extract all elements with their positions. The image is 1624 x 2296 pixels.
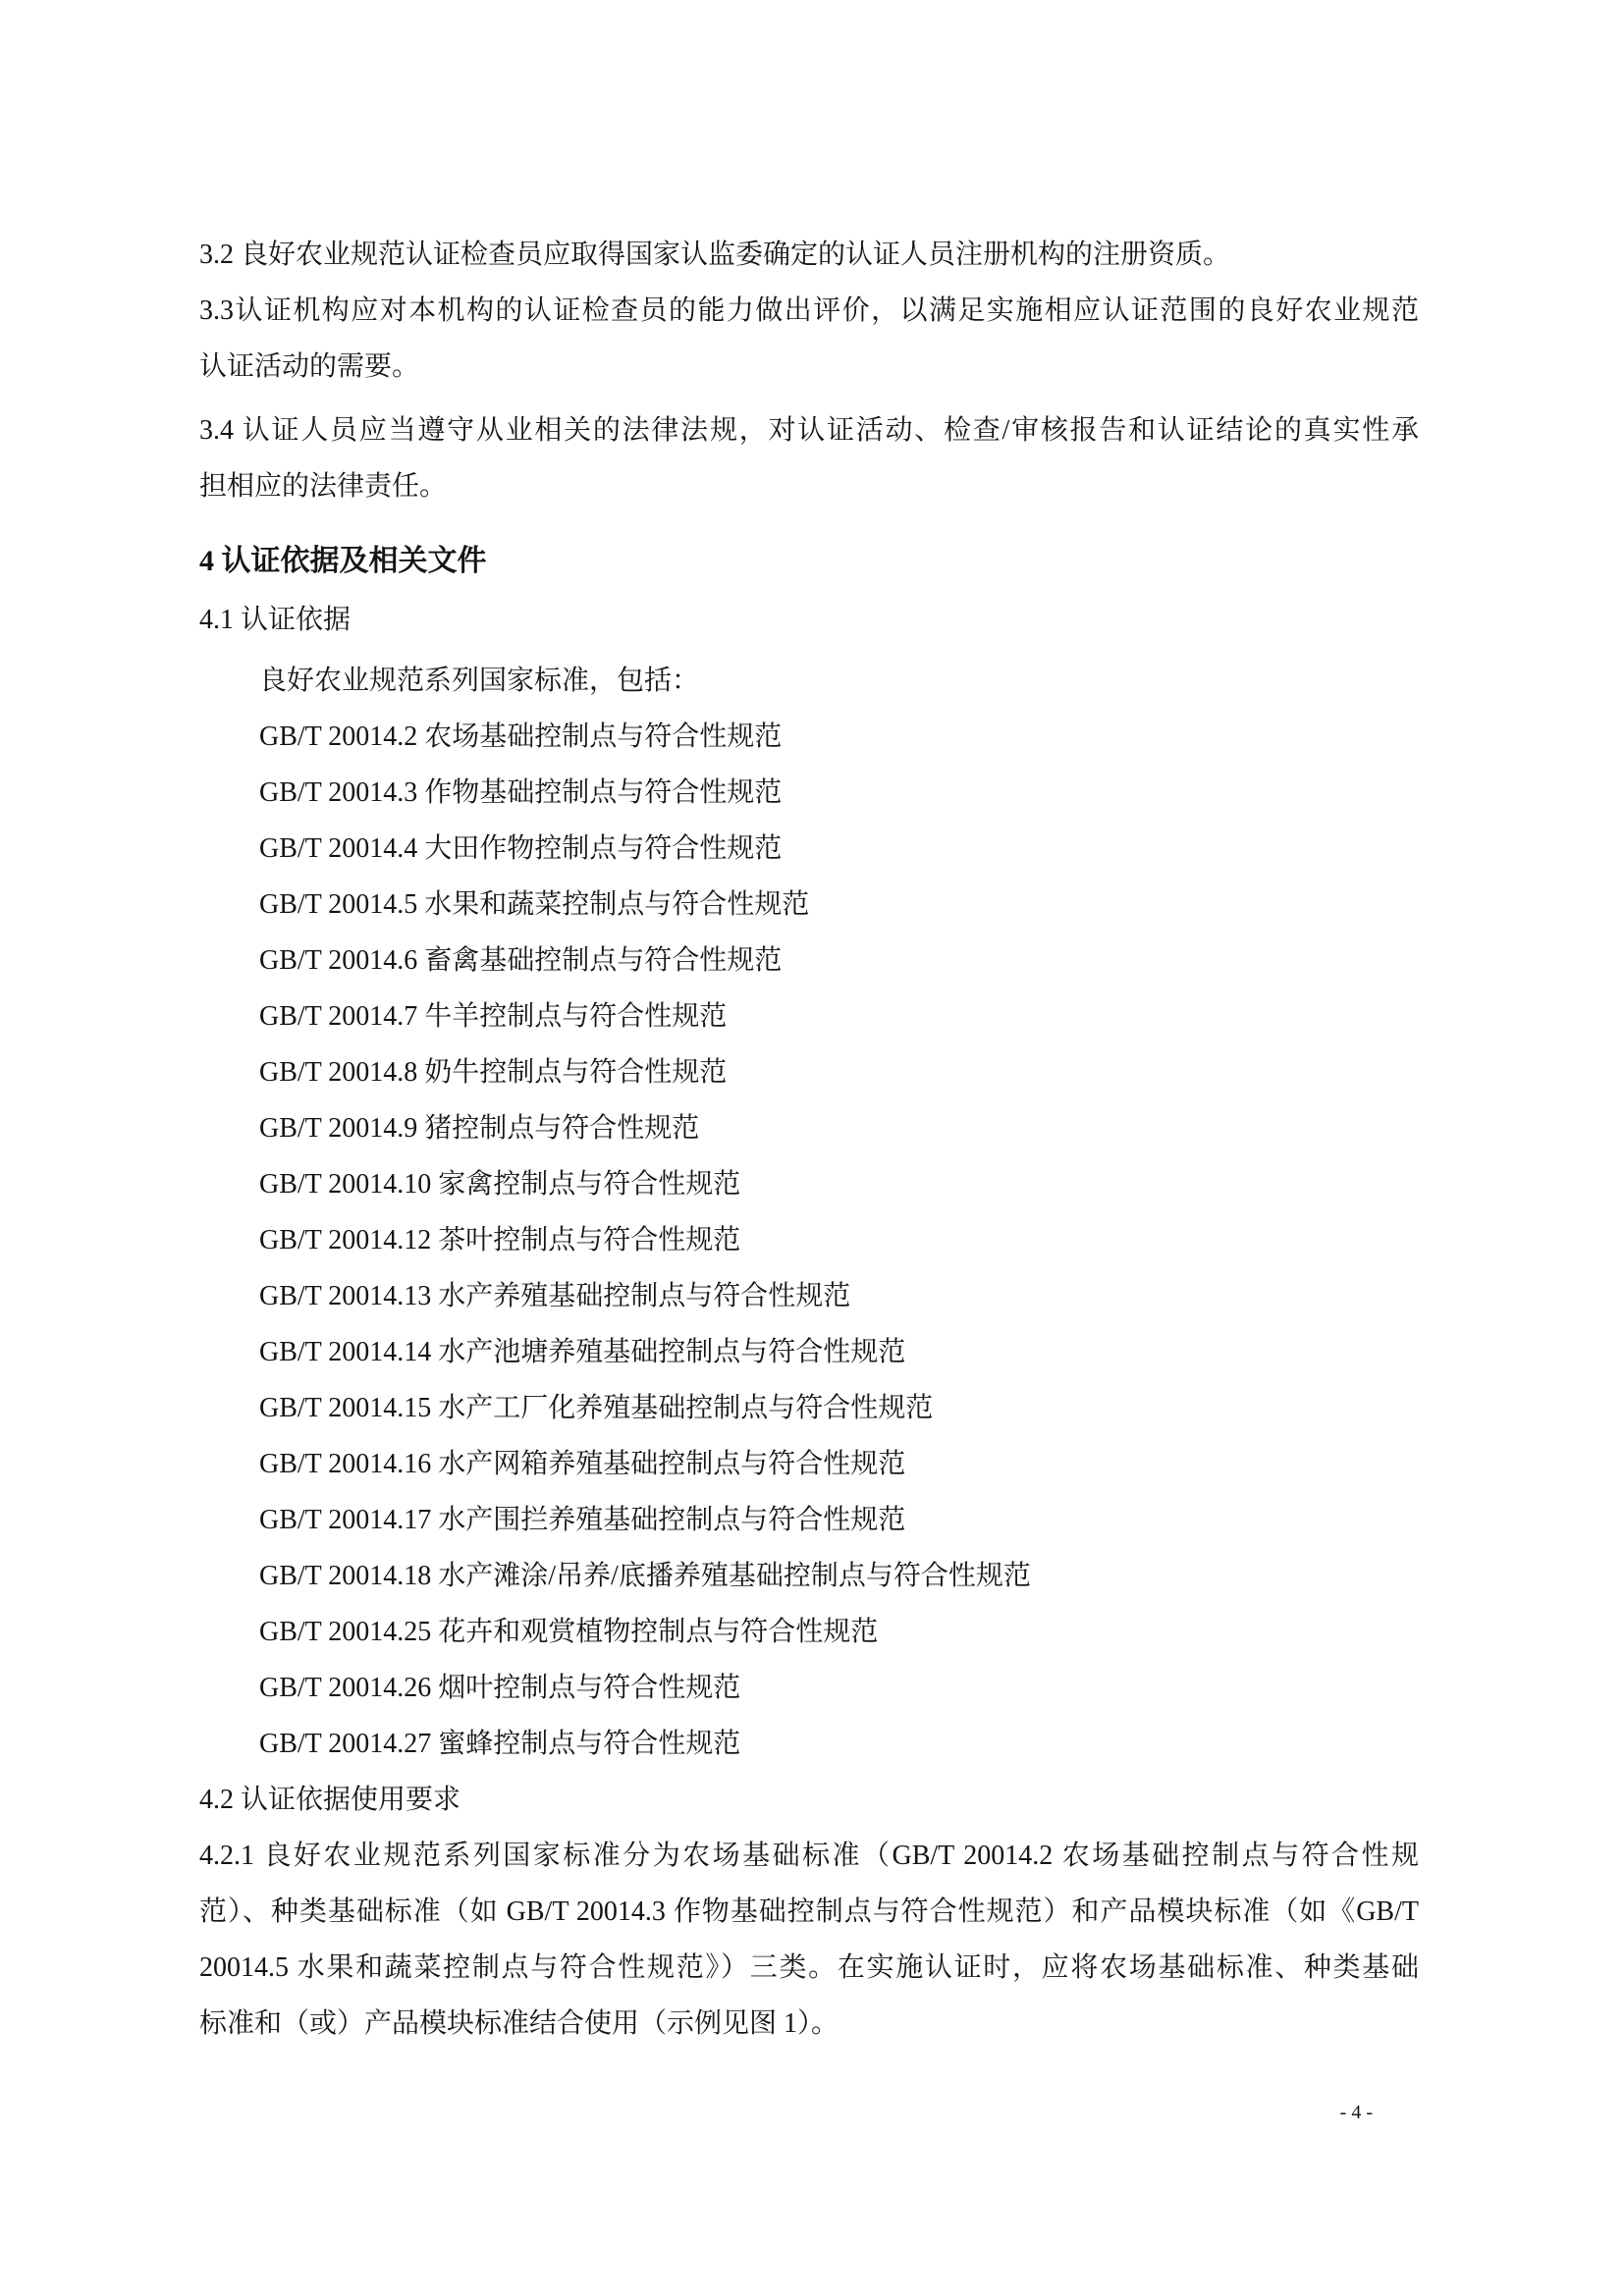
- text-line: GB/T 20014.17 水产围拦养殖基础控制点与符合性规范: [199, 1492, 1419, 1548]
- text-line: GB/T 20014.12 茶叶控制点与符合性规范: [199, 1212, 1419, 1268]
- text-line: GB/T 20014.3 作物基础控制点与符合性规范: [199, 765, 1419, 821]
- text-line: 3.2 良好农业规范认证检查员应取得国家认监委确定的认证人员注册机构的注册资质。: [199, 227, 1419, 283]
- text-line: 4.1 认证依据: [199, 592, 1419, 648]
- text-line: 标准和（或）产品模块标准结合使用（示例见图 1）。: [199, 1996, 1419, 2052]
- text-line: GB/T 20014.8 奶牛控制点与符合性规范: [199, 1044, 1419, 1100]
- paragraph: 3.3认证机构应对本机构的认证检查员的能力做出评价，以满足实施相应认证范围的良好…: [199, 283, 1419, 395]
- text-line: GB/T 20014.9 猪控制点与符合性规范: [199, 1100, 1419, 1156]
- text-line: GB/T 20014.2 农场基础控制点与符合性规范: [199, 709, 1419, 765]
- text-line: GB/T 20014.25 花卉和观赏植物控制点与符合性规范: [199, 1604, 1419, 1660]
- section-heading: 4 认证依据及相关文件: [199, 533, 1419, 589]
- page-number: - 4 -: [1340, 2099, 1373, 2126]
- text-line: GB/T 20014.26 烟叶控制点与符合性规范: [199, 1660, 1419, 1716]
- text-line: 良好农业规范系列国家标准，包括：: [199, 653, 1419, 709]
- text-line: GB/T 20014.4 大田作物控制点与符合性规范: [199, 821, 1419, 877]
- text-line: 3.4 认证人员应当遵守从业相关的法律法规，对认证活动、检查/审核报告和认证结论…: [199, 402, 1419, 458]
- paragraph: 3.4 认证人员应当遵守从业相关的法律法规，对认证活动、检查/审核报告和认证结论…: [199, 402, 1419, 514]
- text-line: GB/T 20014.16 水产网箱养殖基础控制点与符合性规范: [199, 1436, 1419, 1492]
- text-line: 4.2 认证依据使用要求: [199, 1772, 1419, 1828]
- document-content: 3.2 良好农业规范认证检查员应取得国家认监委确定的认证人员注册机构的注册资质。…: [199, 227, 1419, 2052]
- text-line: GB/T 20014.27 蜜蜂控制点与符合性规范: [199, 1716, 1419, 1772]
- document-page: 3.2 良好农业规范认证检查员应取得国家认监委确定的认证人员注册机构的注册资质。…: [0, 0, 1624, 2296]
- text-line: GB/T 20014.14 水产池塘养殖基础控制点与符合性规范: [199, 1324, 1419, 1380]
- paragraph: 3.2 良好农业规范认证检查员应取得国家认监委确定的认证人员注册机构的注册资质。: [199, 227, 1419, 283]
- paragraph: 4.2 认证依据使用要求: [199, 1772, 1419, 1828]
- text-line: GB/T 20014.5 水果和蔬菜控制点与符合性规范: [199, 877, 1419, 933]
- text-line: 范）、种类基础标准（如 GB/T 20014.3 作物基础控制点与符合性规范）和…: [199, 1884, 1419, 1940]
- text-line: 20014.5 水果和蔬菜控制点与符合性规范》）三类。在实施认证时，应将农场基础…: [199, 1940, 1419, 1996]
- text-line: GB/T 20014.7 牛羊控制点与符合性规范: [199, 988, 1419, 1044]
- text-line: 3.3认证机构应对本机构的认证检查员的能力做出评价，以满足实施相应认证范围的良好…: [199, 283, 1419, 339]
- text-line: GB/T 20014.15 水产工厂化养殖基础控制点与符合性规范: [199, 1380, 1419, 1436]
- text-line: 认证活动的需要。: [199, 339, 1419, 395]
- standards-list: 良好农业规范系列国家标准，包括：GB/T 20014.2 农场基础控制点与符合性…: [199, 653, 1419, 1772]
- text-line: GB/T 20014.13 水产养殖基础控制点与符合性规范: [199, 1268, 1419, 1324]
- text-line: 4 认证依据及相关文件: [199, 533, 1419, 589]
- paragraph: 4.1 认证依据: [199, 592, 1419, 648]
- paragraph: 4.2.1 良好农业规范系列国家标准分为农场基础标准（GB/T 20014.2 …: [199, 1828, 1419, 2052]
- text-line: GB/T 20014.10 家禽控制点与符合性规范: [199, 1156, 1419, 1212]
- text-line: GB/T 20014.18 水产滩涂/吊养/底播养殖基础控制点与符合性规范: [199, 1548, 1419, 1604]
- text-line: GB/T 20014.6 畜禽基础控制点与符合性规范: [199, 933, 1419, 988]
- text-line: 4.2.1 良好农业规范系列国家标准分为农场基础标准（GB/T 20014.2 …: [199, 1828, 1419, 1884]
- text-line: 担相应的法律责任。: [199, 458, 1419, 514]
